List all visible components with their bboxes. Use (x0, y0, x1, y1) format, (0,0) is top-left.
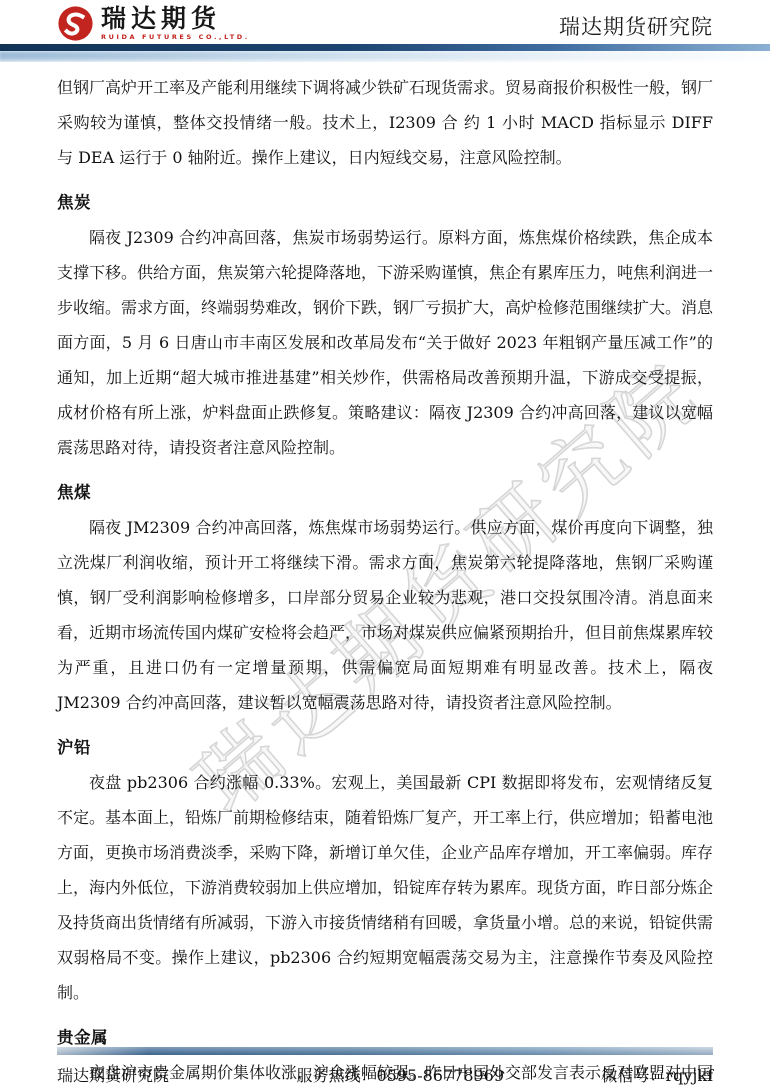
page-footer: 瑞达期货研究院 服务热线：0595-86778969 微信号：rqyjkf (57, 1047, 713, 1090)
header-divider-light-bar (0, 51, 770, 62)
brand-name-en: RUIDA FUTURES CO.,LTD. (101, 34, 250, 41)
company-logo: 瑞达期货 RUIDA FUTURES CO.,LTD. (57, 5, 250, 42)
paragraph-shanghai-lead: 夜盘 pb2306 合约涨幅 0.33%。宏观上，美国最新 CPI 数据即将发布… (57, 765, 713, 1010)
footer-hotline-label: 服务热线： (296, 1066, 376, 1085)
page-header: 瑞达期货 RUIDA FUTURES CO.,LTD. 瑞达期货研究院 (0, 0, 770, 62)
paragraph-coking-coal: 隔夜 JM2309 合约冲高回落，炼焦煤市场弱势运行。供应方面，煤价再度向下调整… (57, 510, 713, 720)
section-heading-shanghai-lead: 沪铅 (57, 730, 713, 765)
brand-name-cn: 瑞达期货 (101, 6, 250, 31)
header-divider-dark-bar (0, 44, 770, 51)
footer-wechat: 微信号：rqyjkf (601, 1063, 713, 1086)
footer-hotline-number: 0595-86778969 (376, 1066, 504, 1085)
footer-institute: 瑞达期货研究院 (57, 1063, 169, 1086)
ruida-logo-icon (57, 5, 94, 42)
section-heading-coke: 焦炭 (57, 185, 713, 220)
footer-hotline: 服务热线：0595-86778969 (296, 1063, 504, 1086)
footer-wechat-id: rqyjkf (665, 1066, 713, 1085)
footer-wechat-label: 微信号： (601, 1066, 665, 1085)
section-heading-coking-coal: 焦煤 (57, 475, 713, 510)
report-body: 但钢厂高炉开工率及产能利用继续下调将减少铁矿石现货需求。贸易商报价积极性一般，钢… (57, 60, 713, 1090)
paragraph-iron-ore-continuation: 但钢厂高炉开工率及产能利用继续下调将减少铁矿石现货需求。贸易商报价积极性一般，钢… (57, 70, 713, 175)
report-page: 瑞达期货 RUIDA FUTURES CO.,LTD. 瑞达期货研究院 瑞达期货… (0, 0, 770, 1090)
footer-divider-bar (57, 1047, 713, 1055)
paragraph-coke: 隔夜 J2309 合约冲高回落，焦炭市场弱势运行。原料方面，炼焦煤价格续跌，焦企… (57, 220, 713, 465)
header-institute-title: 瑞达期货研究院 (559, 11, 713, 42)
